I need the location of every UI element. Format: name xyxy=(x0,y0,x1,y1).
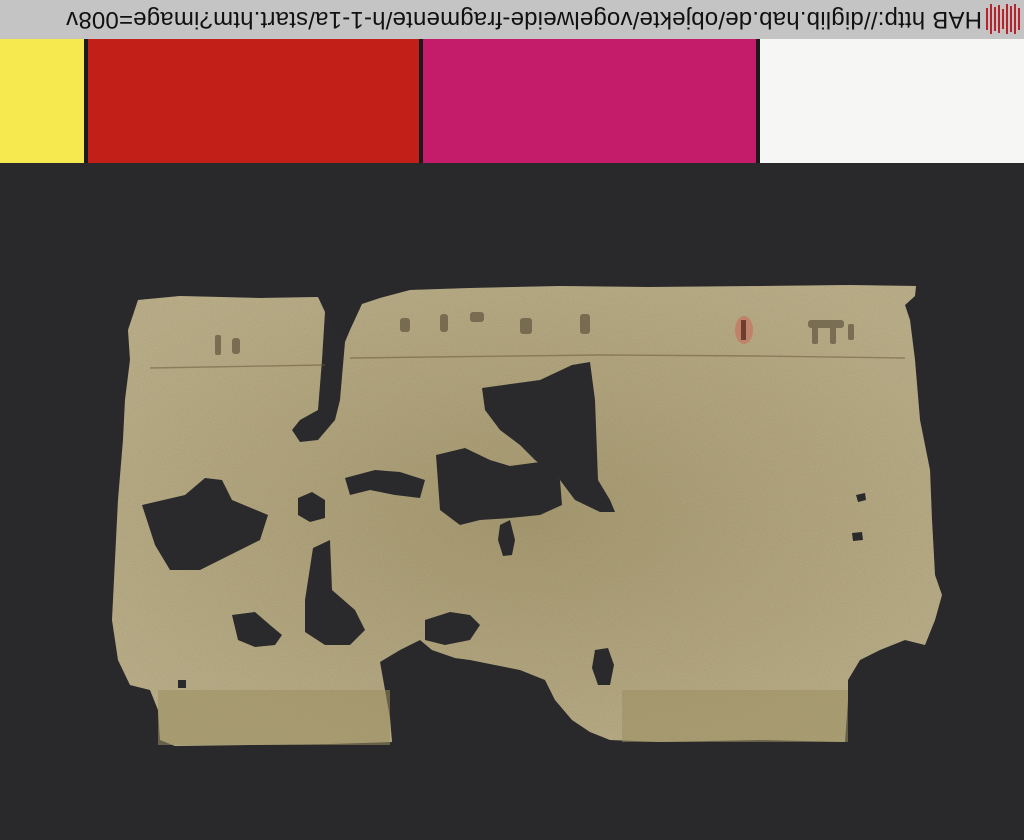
tape-strip-right xyxy=(622,690,848,742)
parchment-fragment xyxy=(0,0,1024,840)
tape-strip-left xyxy=(158,690,390,745)
